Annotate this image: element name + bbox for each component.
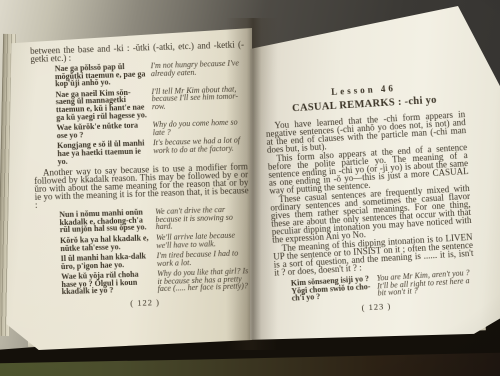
english-translation: I'm not hungry because I've already eate…: [151, 59, 244, 85]
english-translation: I'll tell Mr Kim about that, because I'l…: [151, 85, 244, 118]
left-page-text: between the base and -ki : -ŭtki (-atki,…: [30, 40, 252, 310]
example-row: Kongjang e sŏ il ŭl manhi hae ya haetki …: [57, 137, 248, 166]
english-translation: It's because we had a lot of work to do …: [153, 137, 246, 163]
korean-text: Kŏrŏ ka ya hal kkadalk e, nŭtke tah'esse…: [60, 234, 156, 252]
example-row: Nae ga naeil Kim sŏn-saeng ŭl mannagetki…: [55, 85, 246, 121]
right-page-text: Lesson 46 CASUAL REMARKS : -chi yo You h…: [263, 72, 476, 316]
english-translation: Why do you come home so late ?: [152, 118, 244, 136]
korean-text: Wae kŭ yŏja rŭl choha hase yo ? Ŏlgul i …: [61, 270, 158, 296]
body-paragraph: Another way to say because is to use a m…: [34, 162, 249, 209]
korean-text: Kim sŏnsaeng isiji yo ? Yŏgi chom swiŏ t…: [291, 275, 378, 303]
korean-text: Kongjang e sŏ il ŭl manhi hae ya haetki …: [57, 140, 154, 166]
korean-text: Nae ga pŏlssŏ pap ŭl mŏgŭtki ttaemun e, …: [55, 62, 152, 88]
korean-text: Nae ga naeil Kim sŏn-saeng ŭl mannagetki…: [55, 88, 152, 121]
korean-text: Nun i nŏmu manhi onŭn kkadalk e, chadong…: [59, 208, 156, 234]
korean-text: Wae kŭrŏk'e nŭtke tora ose yo ?: [56, 121, 152, 139]
book-photo: between the base and -ki : -ŭtki (-atki,…: [0, 0, 500, 376]
english-translation: Why do you like that girl? Is it because…: [157, 268, 250, 294]
example-row: Nun i nŏmu manhi onŭn kkadalk e, chadong…: [59, 205, 250, 234]
korean-text: Il ŭl manhi han kka-dalk ŭro, p'igon hae…: [61, 252, 157, 270]
english-translation: We can't drive the car because it is sno…: [155, 205, 248, 231]
example-row: Nae ga pŏlssŏ pap ŭl mŏgŭtki ttaemun e, …: [55, 59, 246, 88]
english-translation: We'll arrive late because we'll have to …: [156, 231, 248, 249]
english-translation: You are Mr Kim, aren't you ? It'll be al…: [377, 269, 476, 298]
english-translation: I'm tired because I had to work a lot.: [157, 249, 249, 267]
example-row: Wae kŭ yŏja rŭl choha hase yo ? Ŏlgul i …: [61, 267, 252, 296]
